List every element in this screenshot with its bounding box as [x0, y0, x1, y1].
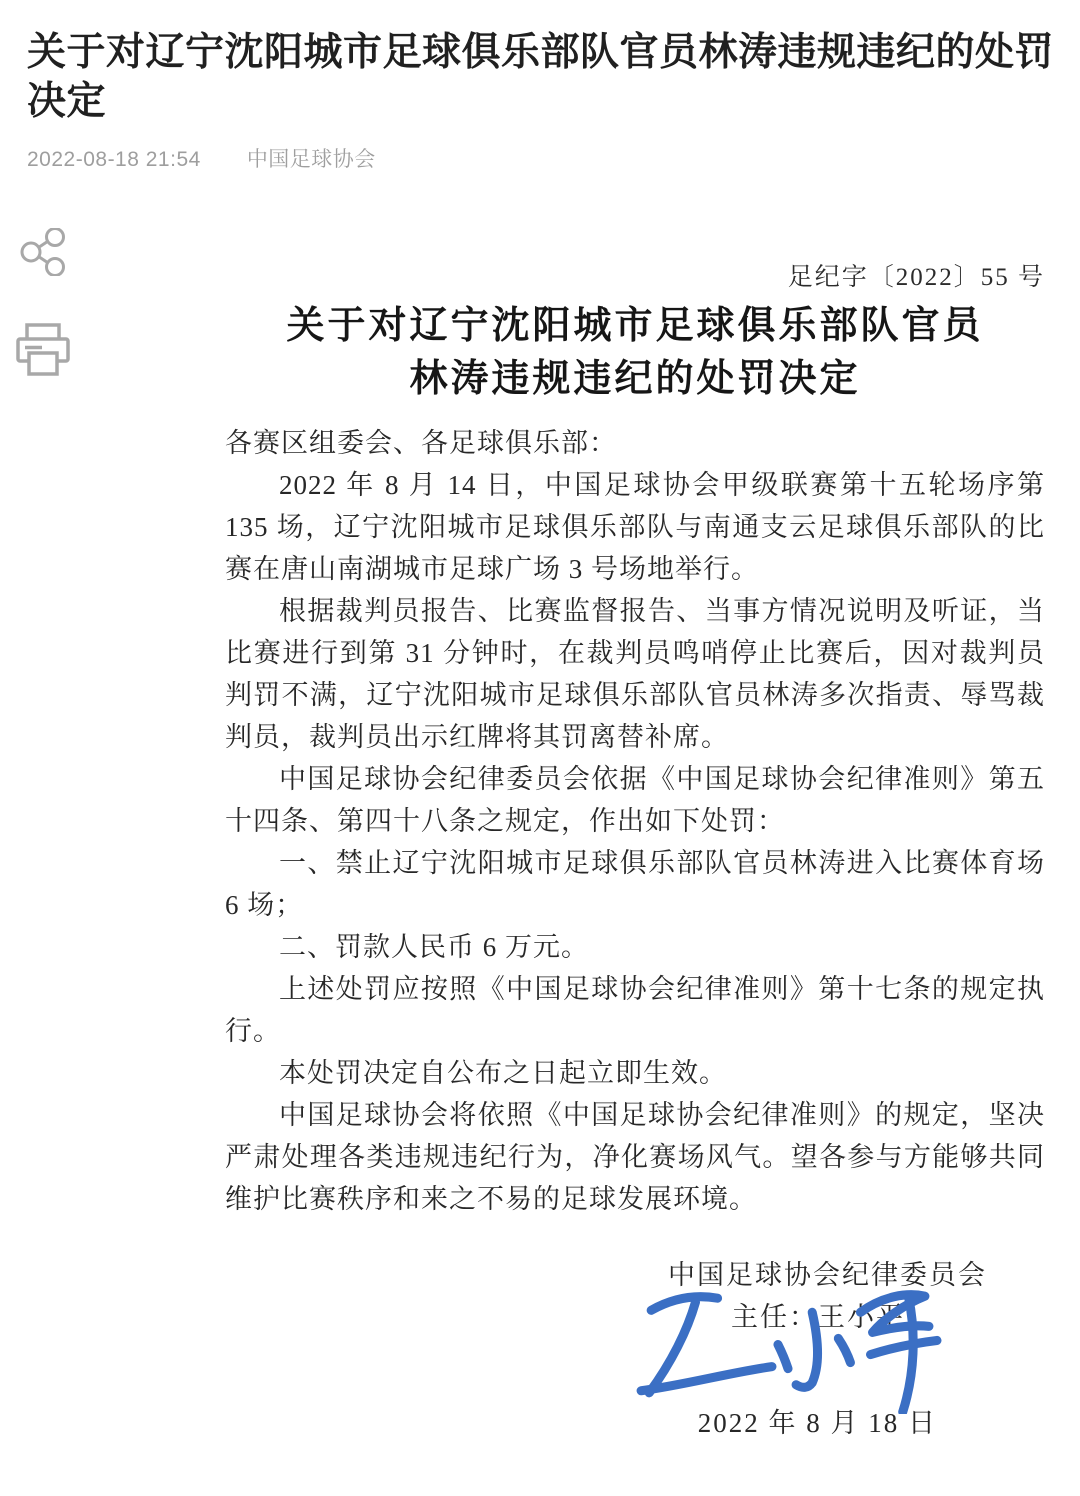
paragraph: 中国足球协会纪律委员会依据《中国足球协会纪律准则》第五十四条、第四十八条之规定，… [225, 758, 1045, 842]
print-button[interactable] [16, 322, 70, 378]
article-meta: 2022-08-18 21:54 中国足球协会 [27, 143, 376, 173]
share-button[interactable] [20, 228, 66, 276]
paragraph: 一、禁止辽宁沈阳城市足球俱乐部队官员林涛进入比赛体育场 6 场； [225, 842, 1045, 926]
salutation: 各赛区组委会、各足球俱乐部： [225, 422, 1045, 464]
document-body: 各赛区组委会、各足球俱乐部： 2022 年 8 月 14 日，中国足球协会甲级联… [225, 422, 1045, 1220]
signature-date: 2022 年 8 月 18 日 [225, 1402, 1045, 1444]
paragraph: 2022 年 8 月 14 日，中国足球协会甲级联赛第十五轮场序第 135 场，… [225, 464, 1045, 590]
document-title: 关于对辽宁沈阳城市足球俱乐部队官员 林涛违规违纪的处罚决定 [225, 300, 1045, 406]
publish-time: 2022-08-18 21:54 [27, 148, 201, 172]
share-icon [20, 264, 66, 279]
document-title-line1: 关于对辽宁沈阳城市足球俱乐部队官员 [225, 300, 1045, 353]
paragraph: 中国足球协会将依照《中国足球协会纪律准则》的规定，坚决严肃处理各类违规违纪行为，… [225, 1094, 1045, 1220]
page-title: 关于对辽宁沈阳城市足球俱乐部队官员林涛违规违纪的处罚决定 [27, 28, 1061, 126]
paragraph: 上述处罚应按照《中国足球协会纪律准则》第十七条的规定执行。 [225, 968, 1045, 1052]
paragraph: 二、罚款人民币 6 万元。 [225, 926, 1045, 968]
paragraph: 根据裁判员报告、比赛监督报告、当事方情况说明及听证，当比赛进行到第 31 分钟时… [225, 590, 1045, 758]
document-number: 足纪字〔2022〕55 号 [225, 262, 1045, 294]
paragraph: 本处罚决定自公布之日起立即生效。 [225, 1052, 1045, 1094]
signature-org: 中国足球协会纪律委员会 [225, 1254, 1045, 1296]
article-source: 中国足球协会 [247, 143, 376, 173]
signature-block: 中国足球协会纪律委员会 主任：王小平 2022 年 8 月 18 日 [225, 1254, 1045, 1444]
document-title-line2: 林涛违规违纪的处罚决定 [225, 353, 1045, 406]
official-document: 足纪字〔2022〕55 号 关于对辽宁沈阳城市足球俱乐部队官员 林涛违规违纪的处… [225, 262, 1045, 1444]
signature-signer: 主任：王小平 [225, 1296, 1045, 1338]
print-icon [16, 366, 70, 381]
